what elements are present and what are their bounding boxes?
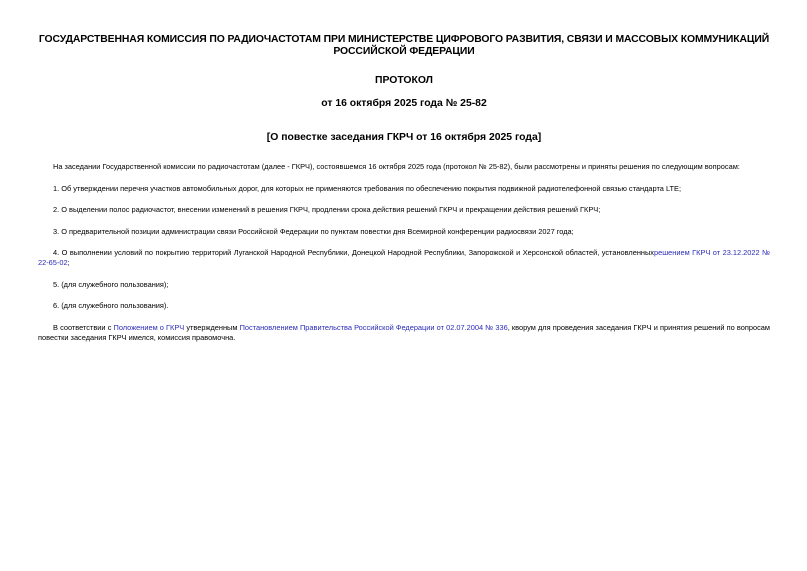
agenda-item-4: 4. О выполнении условий по покрытию терр… [38, 248, 770, 268]
agenda-item-1: 1. Об утверждении перечня участков автом… [38, 184, 770, 194]
closing-paragraph: В соответствии с Положением о ГКРЧ утвер… [38, 323, 770, 343]
government-resolution-link[interactable]: Постановлением Правительства Российской … [240, 323, 508, 332]
closing-part1: В соответствии с [53, 323, 114, 332]
document-body: На заседании Государственной комиссии по… [38, 162, 770, 343]
document-type: ПРОТОКОЛ [38, 75, 770, 86]
agenda-item-3: 3. О предварительной позиции администрац… [38, 227, 770, 237]
agenda-item-6: 6. (для служебного пользования). [38, 301, 770, 311]
document-page: ГОСУДАРСТВЕННАЯ КОМИССИЯ ПО РАДИОЧАСТОТА… [38, 34, 770, 354]
document-subject: [О повестке заседания ГКРЧ от 16 октября… [38, 132, 770, 143]
regulation-link[interactable]: Положением о ГКРЧ [114, 323, 185, 332]
closing-part2: утвержденным [184, 323, 239, 332]
agenda-item-4-tail: ; [68, 258, 70, 267]
organization-heading: ГОСУДАРСТВЕННАЯ КОМИССИЯ ПО РАДИОЧАСТОТА… [38, 34, 770, 58]
agenda-item-4-text: 4. О выполнении условий по покрытию терр… [53, 248, 654, 257]
intro-paragraph: На заседании Государственной комиссии по… [38, 162, 770, 172]
agenda-item-5: 5. (для служебного пользования); [38, 280, 770, 290]
agenda-item-2: 2. О выделении полос радиочастот, внесен… [38, 205, 770, 215]
document-date-number: от 16 октября 2025 года № 25-82 [38, 98, 770, 109]
